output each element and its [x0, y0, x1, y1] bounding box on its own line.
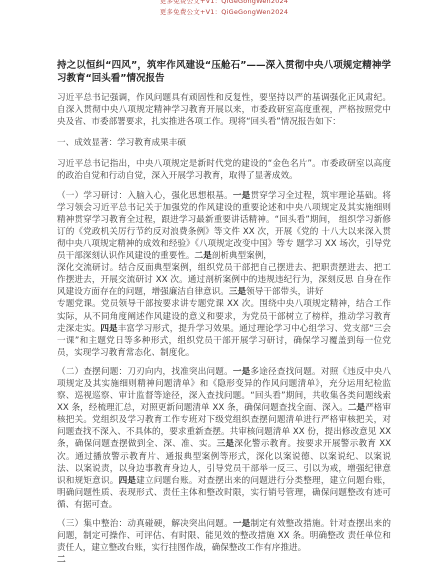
text-run: 三是	[229, 287, 246, 297]
text-run: 四是	[100, 324, 117, 334]
document-content: 持之以恒纠“四风”，筑牢作风建设“压舱石”——深入贯彻中央八项规定精神学习教育“…	[57, 0, 391, 573]
text-run: 习近平总书记指出，中央八项规定是新时代党的建设的“金色名片”。市委政研室以高度的…	[57, 159, 391, 181]
text-run: （二）查摆问题：刀刃向内，找准突出问题。	[57, 367, 233, 377]
body-paragraph: 习近平总书记强调，作风问题具有顽固性和反复性，要坚持以严的基调强化正风肃纪。自深…	[57, 92, 391, 128]
text-run: 一是	[233, 191, 251, 201]
text-run: （三）集中整治：动真碰硬，解决突出问题。	[57, 519, 233, 529]
text-run: 一是	[233, 367, 251, 377]
text-run: 四是	[119, 476, 137, 486]
document-title: 持之以恒纠“四风”，筑牢作风建设“压舱石”——深入贯彻中央八项规定精神学习教育“…	[57, 60, 391, 85]
text-run: 二是	[195, 251, 212, 261]
body-paragraph: （三）集中整治：动真碰硬，解决突出问题。一是制定有效整改措施。针对查摆出来的问题…	[57, 518, 391, 566]
section-heading: 一、成效显著：学习教育成果丰硕	[57, 137, 391, 149]
body-paragraph: （一）学习研讨：入脑入心，强化思想根基。一是贯穿学习全过程，筑牢理论基础。将学习…	[57, 190, 391, 359]
text-run: 二	[57, 555, 66, 565]
body-paragraph: 习近平总书记指出，中央八项规定是新时代党的建设的“金色名片”。市委政研室以高度的…	[57, 158, 391, 182]
body-paragraph: （二）查摆问题：刀刃向内，找准突出问题。一是多途径查找问题。对照《违反中央八项规…	[57, 366, 391, 511]
text-run: 一、成效显著：学习教育成果丰硕	[57, 138, 186, 148]
text-run: 习近平总书记强调，作风问题具有顽固性和反复性，要坚持以严的基调强化正风肃纪。自深…	[57, 93, 391, 127]
text-run: 二是	[348, 403, 365, 413]
text-run: 一是	[233, 519, 251, 529]
document-page: 更多免费公文+V1：QiGeGongWen2024 更多免费公文+V1：QiGe…	[0, 0, 448, 580]
text-run: 三是	[217, 439, 235, 449]
document-body: 习近平总书记强调，作风问题具有顽固性和反复性，要坚持以严的基调强化正风肃纪。自深…	[57, 92, 391, 566]
text-run: （一）学习研讨：入脑入心，强化思想根基。	[57, 191, 233, 201]
